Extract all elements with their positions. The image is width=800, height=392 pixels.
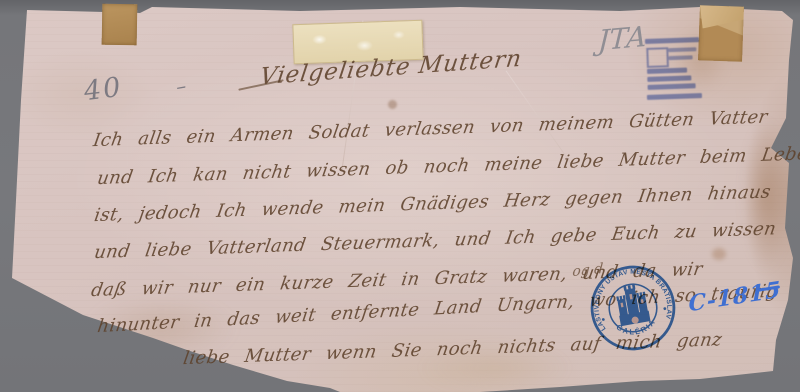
stamp-text-line	[645, 37, 699, 44]
stamp-text-line	[669, 55, 693, 60]
pencil-number-annotation: 40	[82, 72, 124, 107]
stamp-text-line	[668, 47, 696, 52]
stain-spot	[712, 248, 726, 260]
inventory-box-stamp	[644, 37, 704, 101]
stamp-text-line	[647, 68, 687, 74]
tape-top-right	[698, 5, 744, 62]
tape-fold	[699, 5, 744, 30]
tape-top-left	[102, 4, 138, 46]
stamp-text-line	[647, 93, 702, 100]
stamp-text-line	[647, 75, 691, 82]
pencil-initials-annotation: JTA	[597, 20, 647, 58]
stamp-text-line	[648, 83, 696, 90]
stain-spot	[388, 100, 397, 109]
gallery-round-stamp: VLASTIVEDNÝ ÚSTAV MESTA BRATISLAVY GALÉR…	[582, 257, 684, 359]
scanned-letter-photo: 40 – JTA Vielgeliebte Muttern Ich alls e…	[0, 0, 800, 392]
stamp-frame	[646, 47, 669, 68]
